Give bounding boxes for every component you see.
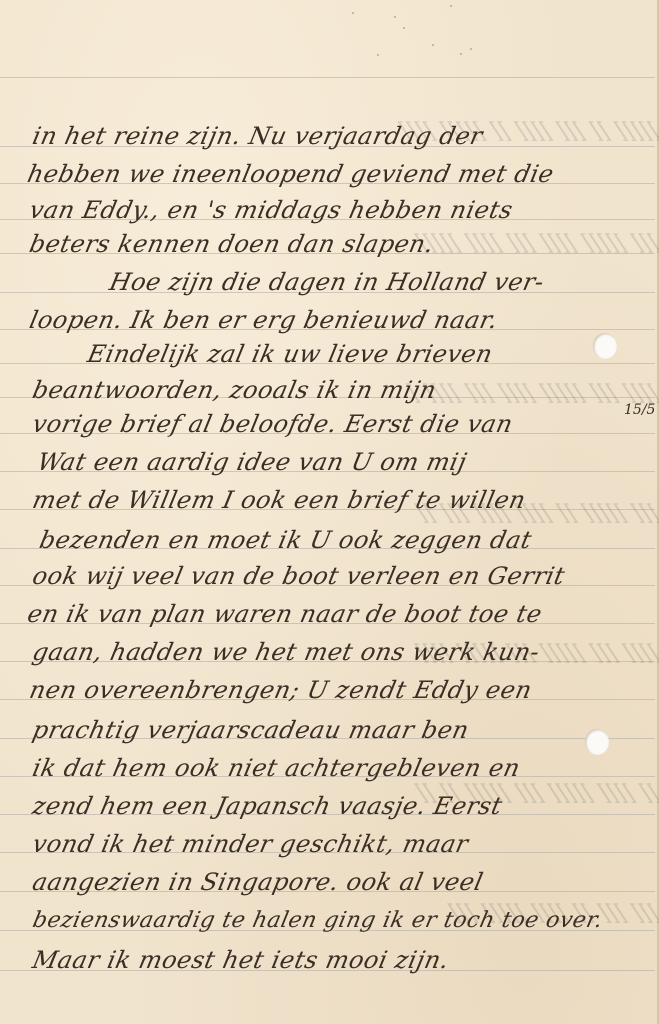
paper-spot (352, 12, 354, 14)
paper-spot (377, 54, 379, 56)
letter-page: lllll ll lll llll ll lllll llll lll llll… (0, 0, 659, 1024)
letter-line: bezienswaardig te halen ging ik er toch … (30, 908, 659, 933)
letter-line: vorige brief al beloofde. Eerst die van (30, 410, 659, 438)
paper-spot (394, 16, 396, 18)
paper-spot (450, 5, 452, 7)
paper-spot (403, 27, 405, 29)
letter-line: en ik van plan waren naar de boot toe te (25, 600, 659, 628)
letter-line: ik dat hem ook niet achtergebleven en (30, 754, 659, 782)
letter-line: Hoe zijn die dagen in Holland ver- (107, 268, 659, 296)
letter-line: Eindelijk zal ik uw lieve brieven (85, 340, 659, 368)
letter-line: nen overeenbrengen; U zendt Eddy een (27, 676, 659, 704)
letter-line: zend hem een Japansch vaasje. Eerst (30, 792, 659, 820)
rule-line (0, 77, 655, 78)
letter-line: beantwoorden, zooals ik in mijn (30, 376, 659, 404)
paper-spot (432, 44, 434, 46)
letter-line: aangezien in Singapore. ook al veel (30, 868, 659, 896)
letter-line: in het reine zijn. Nu verjaardag der (30, 122, 659, 150)
letter-line: loopen. Ik ben er erg benieuwd naar. (27, 306, 659, 334)
letter-line: Wat een aardig idee van U om mij (35, 448, 659, 476)
paper-spot (460, 53, 462, 55)
letter-line: met de Willem I ook een brief te willen (30, 486, 659, 514)
letter-line: gaan, hadden we het met ons werk kun- (30, 638, 659, 666)
paper-spot (470, 48, 472, 50)
letter-line: bezenden en moet ik U ook zeggen dat (37, 526, 659, 554)
letter-line: vond ik het minder geschikt, maar (30, 830, 659, 858)
date-mark: 15/5 (624, 402, 655, 418)
letter-line: beters kennen doen dan slapen. (27, 230, 659, 258)
letter-line: ook wij veel van de boot verleen en Gerr… (30, 562, 659, 590)
letter-line: hebben we ineenloopend geviend met die (25, 160, 659, 188)
letter-line: van Eddy., en 's middags hebben niets (27, 196, 659, 224)
letter-line: prachtig verjaarscadeau maar ben (30, 716, 659, 744)
letter-line: Maar ik moest het iets mooi zijn. (30, 946, 659, 974)
